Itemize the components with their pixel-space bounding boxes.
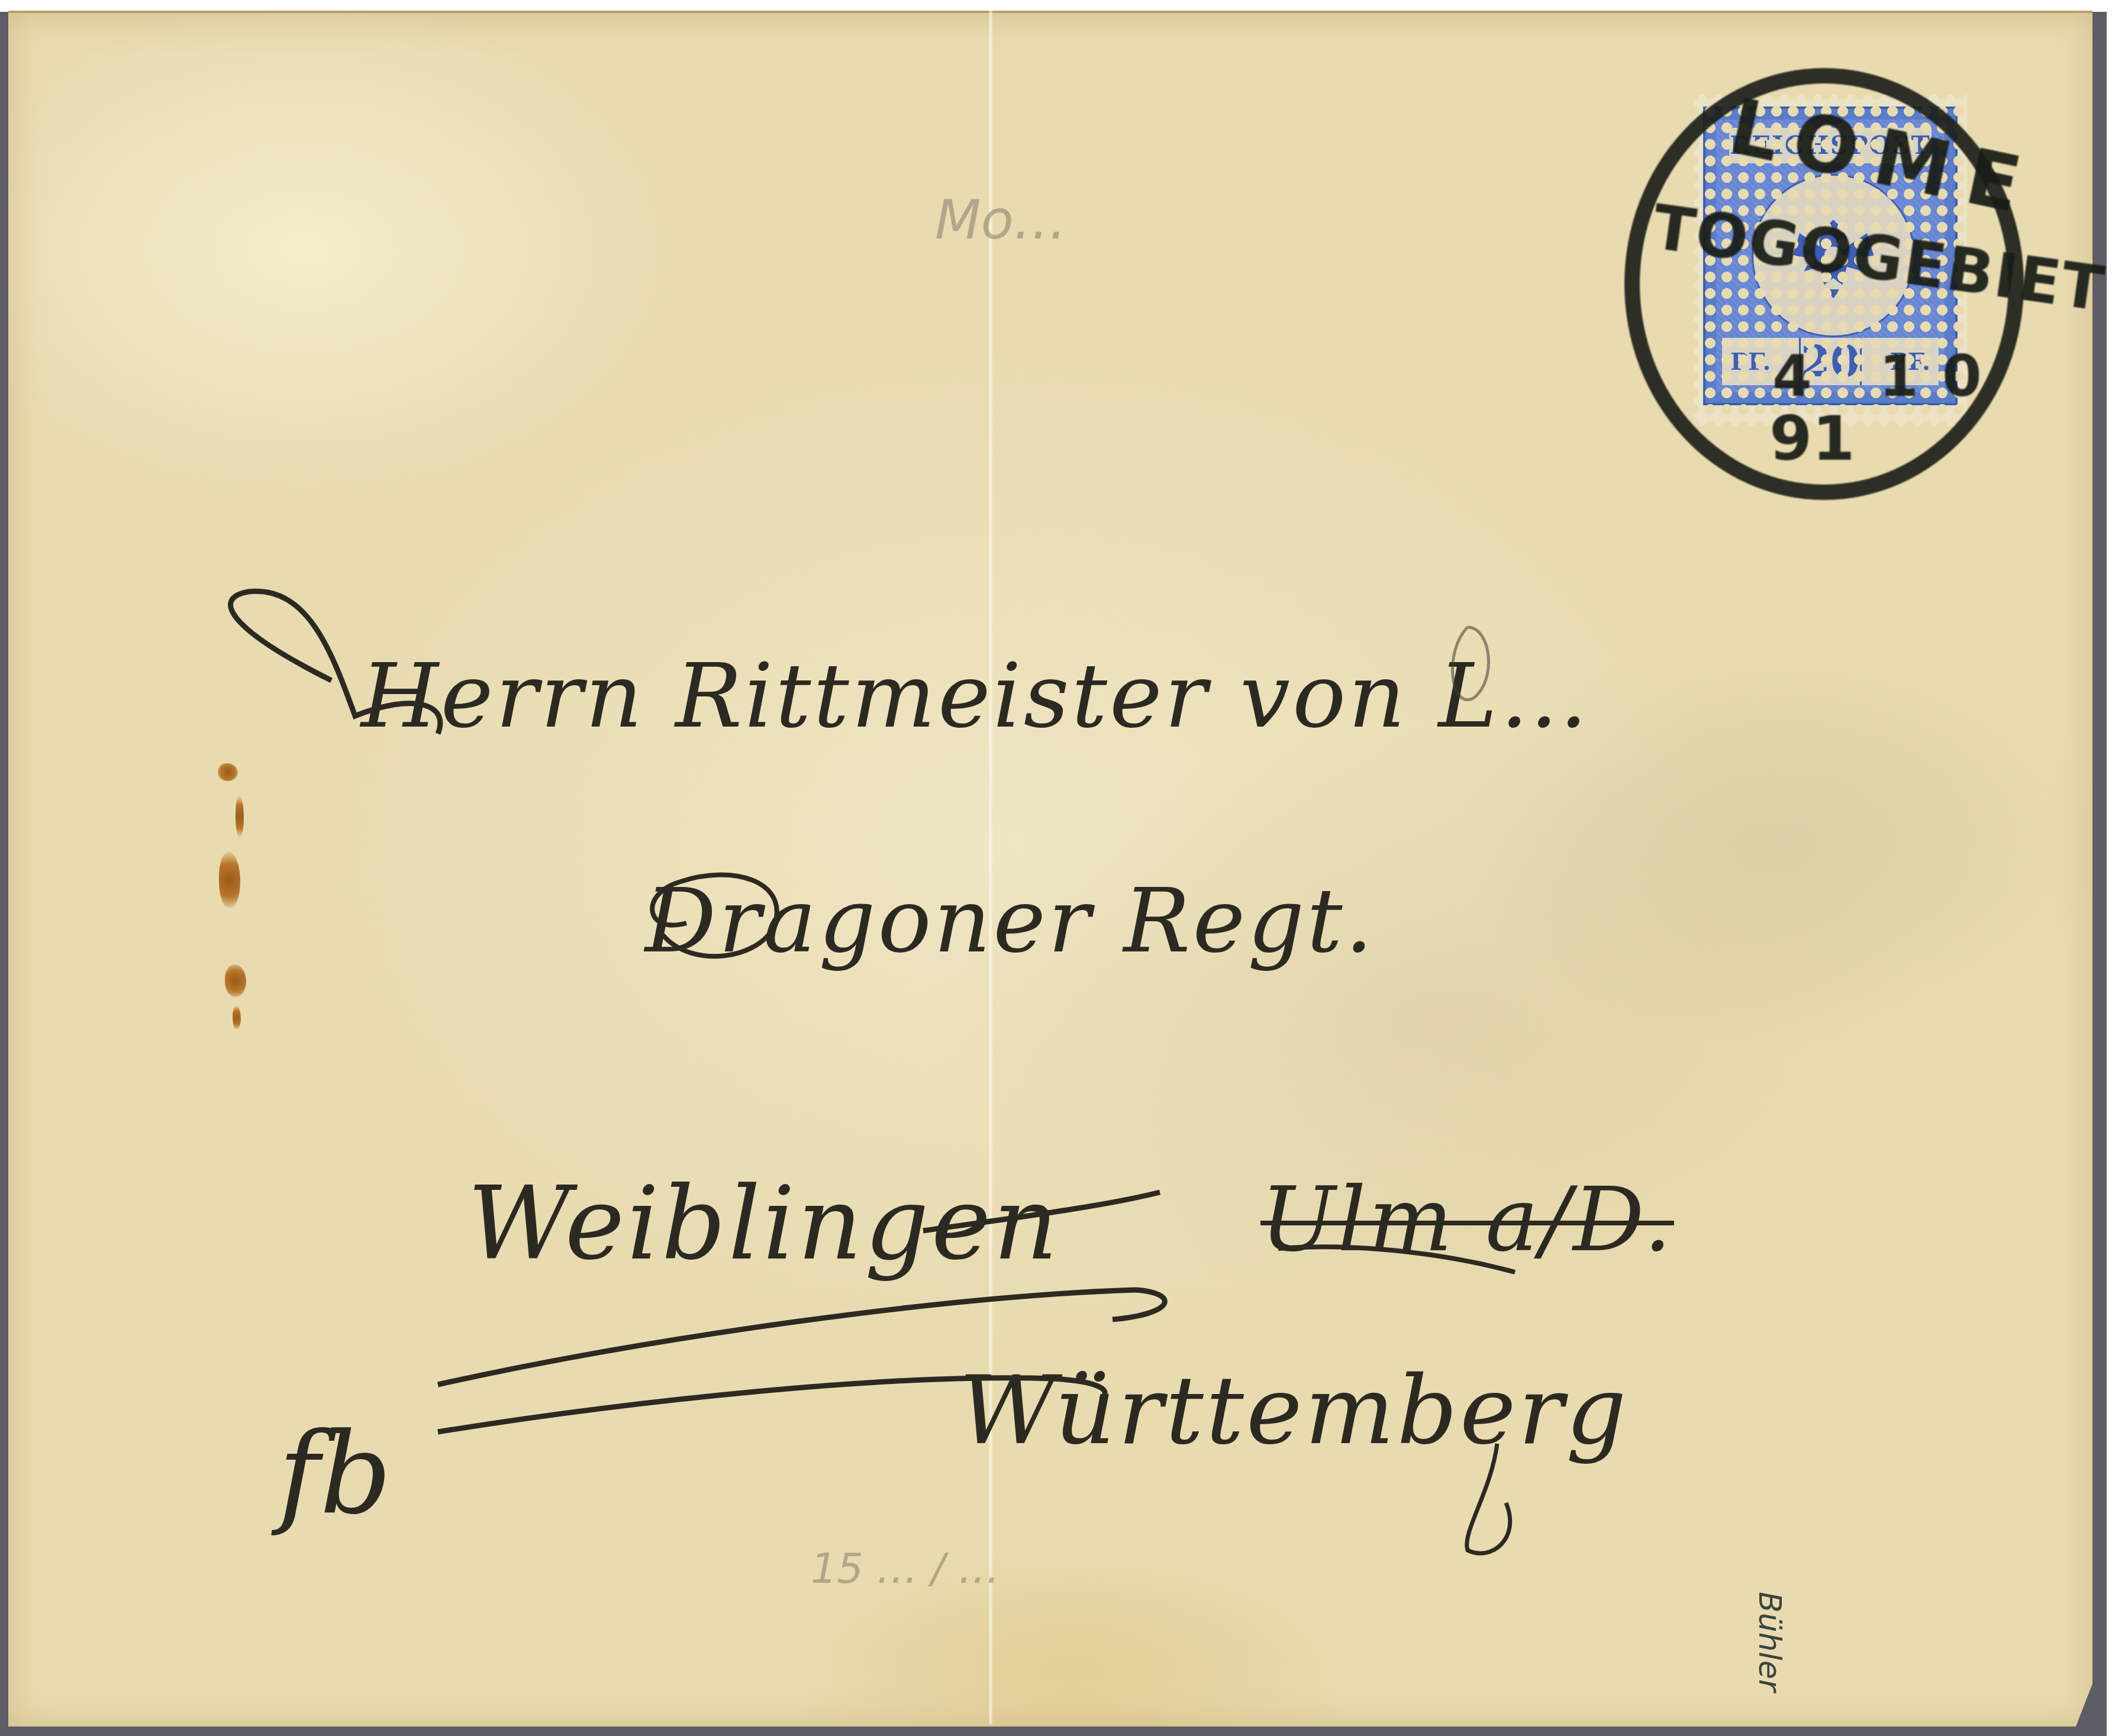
foxing-spot [225, 964, 246, 997]
pencil-note-top: Mo… [935, 189, 1067, 251]
franco-mark: fb [278, 1408, 392, 1539]
foxing-spot [236, 796, 244, 837]
pencil-note-bottom: 15 … / … [811, 1544, 999, 1593]
address-line-state: Württemberg [959, 1355, 1629, 1466]
postmark-year: 91 [1769, 402, 1855, 475]
address-line-regiment: Dragoner Regt. [645, 870, 1375, 973]
address-line-struck-city: Ulm a/D. [1260, 1169, 1674, 1272]
foxing-spot [218, 763, 238, 781]
postmark-date: 4 10 [1772, 343, 2006, 409]
fold-line [988, 11, 993, 1724]
address-line-city: Weiblingen [467, 1166, 1060, 1283]
address-line-recipient: Herrn Rittmeister von L… [361, 645, 1591, 748]
foxing-spot [233, 1006, 241, 1030]
foxing-spot [219, 852, 240, 908]
expert-signature: Bühler [1752, 1592, 1787, 1692]
